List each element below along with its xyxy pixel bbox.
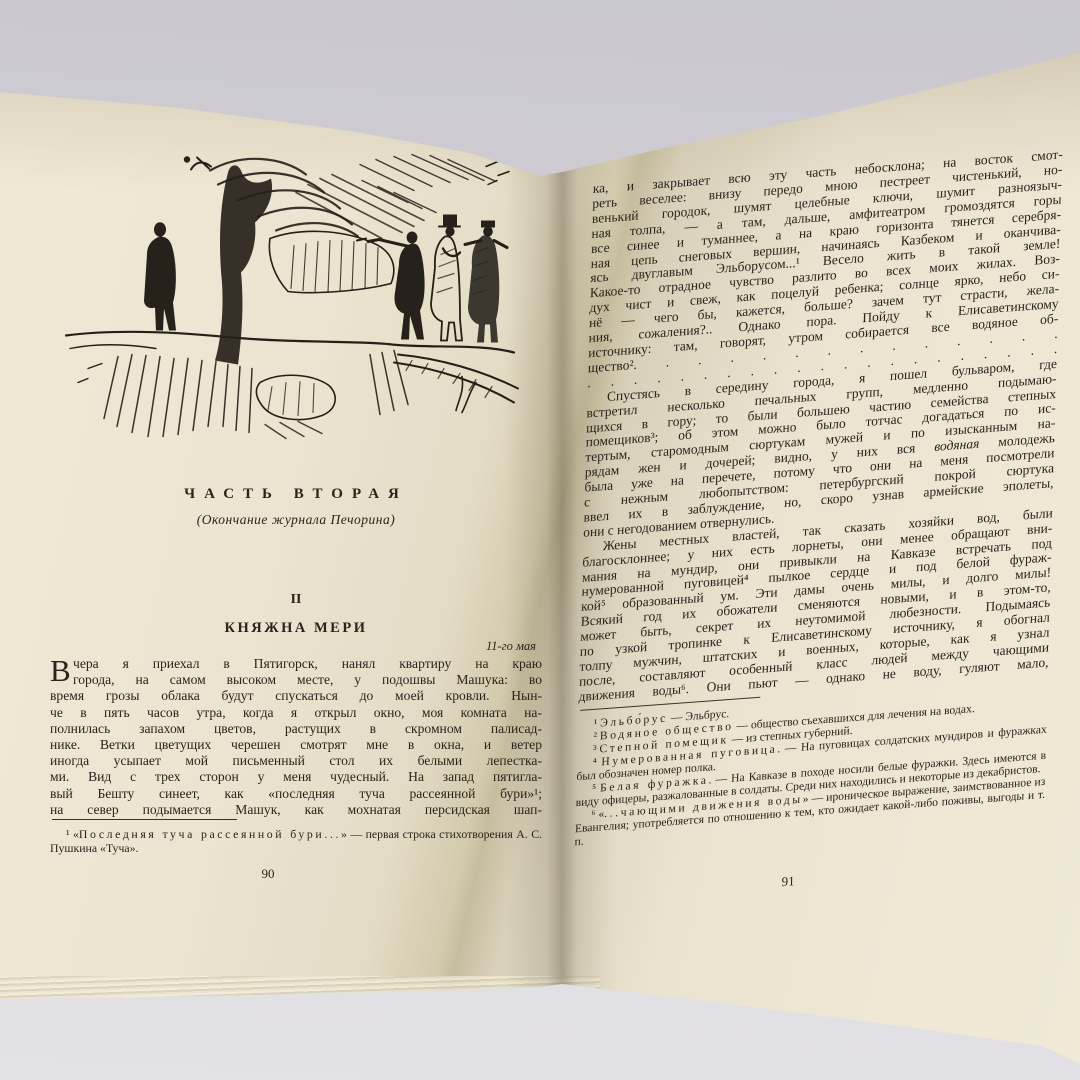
part-subheading: (Окончание журнала Печорина): [50, 512, 542, 528]
text-line: время грозы облака будут спускаться до м…: [50, 688, 542, 704]
footnote-rule: [52, 819, 237, 820]
text-segment: города, на самом высоком месте, у подошв…: [73, 672, 542, 687]
text-line: нике. Ветки цветущих черешен смотрят мне…: [50, 737, 542, 753]
diary-date: 11-го мая: [486, 639, 536, 654]
left-page-body: В чера я приехал в Пятигорск, нанял квар…: [50, 656, 542, 818]
text-segment: на север подымается Машук, как мохнатая …: [50, 802, 542, 817]
page-block-edges: [0, 976, 600, 998]
text-segment: ⁴: [593, 755, 602, 769]
footnote: ¹ «Последняя туча рассеянной бури...» — …: [50, 827, 542, 856]
text-line: чера я приехал в Пятигорск, нанял кварти…: [50, 656, 542, 672]
book-photo: ЧАСТЬ ВТОРАЯ (Окончание журнала Печорина…: [0, 0, 1080, 1080]
text-line: иногда усыпает мой письменный стол их бе…: [50, 753, 542, 769]
text-segment: вый Бешту синеет, как «последняя туча ра…: [50, 786, 542, 801]
text-segment: иногда усыпает мой письменный стол их бе…: [50, 753, 542, 768]
chapter-number: II: [50, 592, 542, 608]
text-segment: ⁶ «: [591, 807, 604, 821]
right-page-footnotes: ¹ Эльбо́рус — Эльбрус.² Водяное общество…: [574, 684, 1048, 849]
text-line: че в пять часов утра, когда я открыл окн…: [50, 705, 542, 721]
text-segment: нике. Ветки цветущих черешен смотрят мне…: [50, 737, 542, 752]
left-page-footnotes: ¹ «Последняя туча рассеянной бури...» — …: [50, 827, 542, 856]
text-segment: че в пять часов утра, когда я открыл окн…: [50, 705, 542, 720]
text-segment: полнилась запахом цветов, растущих в скр…: [50, 721, 542, 736]
text-segment: время грозы облака будут спускаться до м…: [50, 688, 542, 703]
text-segment: Последняя туча рассеянной бури...: [79, 827, 341, 841]
drop-cap: В: [50, 656, 73, 687]
left-page: ЧАСТЬ ВТОРАЯ (Окончание журнала Печорина…: [50, 140, 542, 900]
page-number-right: 91: [553, 856, 1023, 907]
text-line: полнилась запахом цветов, растущих в скр…: [50, 721, 542, 737]
right-page: ка, и закрывает всю эту часть небосклона…: [593, 147, 1063, 182]
duel-illustration: [60, 140, 520, 445]
text-line: вый Бешту синеет, как «последняя туча ра…: [50, 786, 542, 802]
text-segment: чера я приехал в Пятигорск, нанял кварти…: [73, 656, 542, 671]
part-heading: ЧАСТЬ ВТОРАЯ: [50, 486, 542, 503]
open-book-spread: ЧАСТЬ ВТОРАЯ (Окончание журнала Печорина…: [0, 0, 1080, 1080]
text-segment: ¹ «: [66, 827, 79, 841]
text-line: города, на самом высоком месте, у подошв…: [50, 672, 542, 688]
right-page-body: ка, и закрывает всю эту часть небосклона…: [578, 147, 1063, 704]
text-segment: ми. Вид с трех сторон у меня чудесный. Н…: [50, 769, 542, 784]
text-line: ми. Вид с трех сторон у меня чудесный. Н…: [50, 769, 542, 785]
text-line: на север подымается Машук, как мохнатая …: [50, 802, 542, 818]
chapter-title: КНЯЖНА МЕРИ: [50, 620, 542, 637]
page-number-left: 90: [22, 866, 514, 882]
